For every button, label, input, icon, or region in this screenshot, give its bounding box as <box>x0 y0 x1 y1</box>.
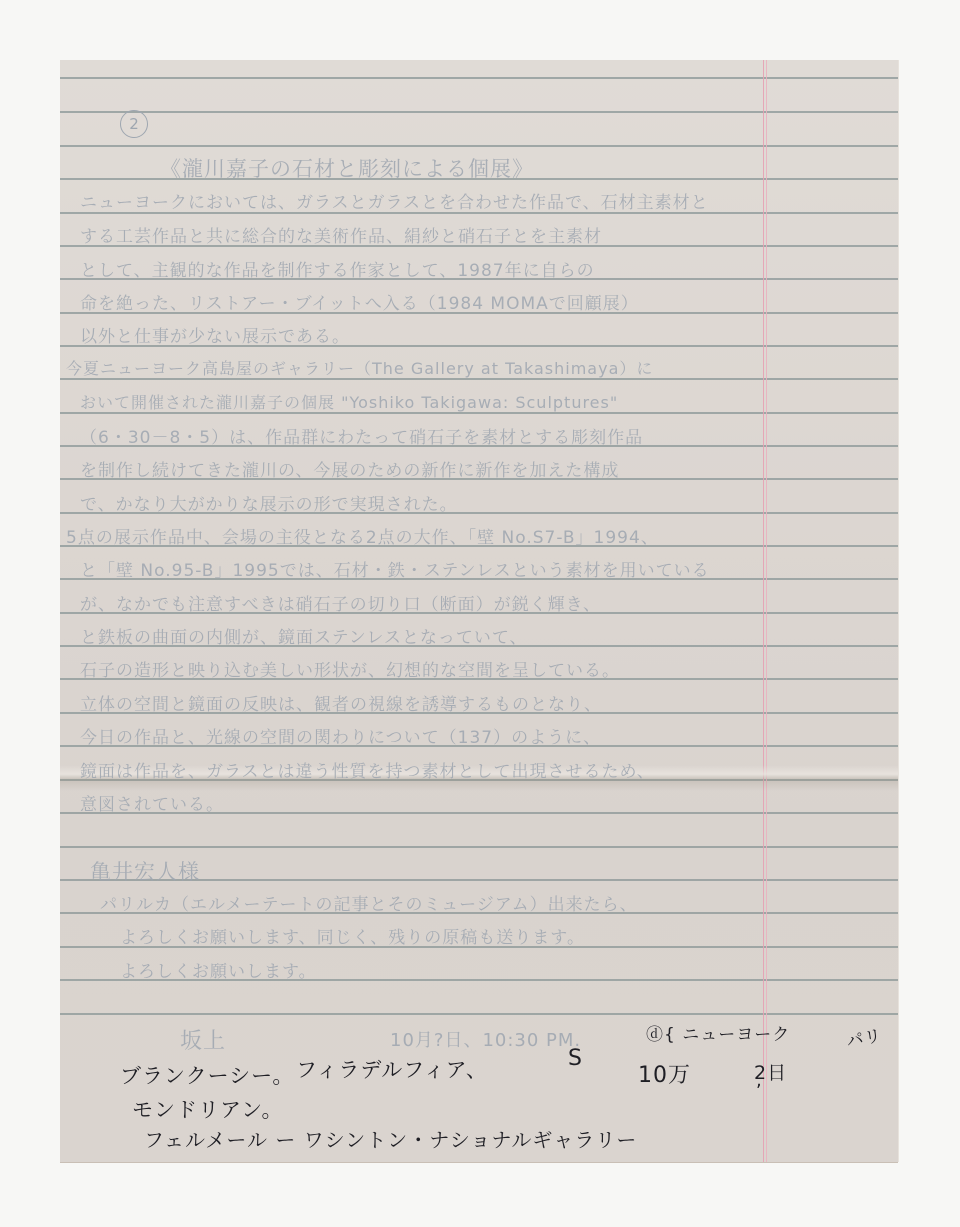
ink-note-paris: パリ <box>844 1021 884 1052</box>
faint-signature: 坂上 <box>180 1024 226 1055</box>
faint-closing-line: パリルカ（エルメーテートの記事とそのミュージアム）出来たら、 <box>100 890 638 915</box>
faint-line: を制作し続けてきた瀧川の、今展のための新作に新作を加えた構成 <box>80 456 619 481</box>
ink-note-amount: 10万 <box>638 1058 691 1089</box>
faint-line: として、主観的な作品を制作する作家として、1987年に自らの <box>80 256 595 281</box>
ink-note-mondrian: モンドリアン。 <box>132 1094 283 1124</box>
faint-line: と「壁 No.95-B」1995では、石材・鉄・ステンレスという素材を用いている <box>80 556 710 581</box>
red-margin-line <box>763 60 767 1162</box>
faint-line: 5点の展示作品中、会場の主役となる2点の大作、「壁 No.S7-B」1994、 <box>66 523 659 548</box>
lined-paper-sheet: 2 《瀧川嘉子の石材と彫刻による個展》 ニューヨークにおいては、ガラスとガラスと… <box>60 60 898 1162</box>
faint-line: と鉄板の曲面の内側が、鏡面ステンレスとなっていて、 <box>80 623 528 648</box>
faint-line: 今夏ニューヨーク高島屋のギャラリー（The Gallery at Takashi… <box>66 356 653 379</box>
faint-line: 意図されている。 <box>80 790 224 815</box>
ink-note-vermeer-washington: フェルメール ー ワシントン・ナショナルギャラリー <box>144 1124 637 1153</box>
faint-line: 立体の空間と鏡面の反映は、観者の視線を誘導するものとなり、 <box>80 690 602 715</box>
ink-note-destination: ⓓ{ ニューヨーク <box>646 1020 790 1045</box>
faint-line: おいて開催された瀧川嘉子の個展 "Yoshiko Takigawa: Sculp… <box>80 390 618 413</box>
ruled-line <box>60 111 898 113</box>
ink-note-brancusi: ブランクーシー。 <box>120 1060 294 1090</box>
faint-line: 石子の造形と映り込む美しい形状が、幻想的な空間を呈している。 <box>80 656 620 681</box>
ruled-line <box>60 145 898 147</box>
ink-note-comma: , <box>756 1070 763 1091</box>
faint-title: 《瀧川嘉子の石材と彫刻による個展》 <box>160 153 534 183</box>
page-number-circle: 2 <box>120 110 148 138</box>
faint-closing-line: よろしくお願いします。 <box>120 957 317 982</box>
faint-line: 命を絶った、リストアー・ブイットへ入る（1984 MOMAで回顧展） <box>80 289 639 314</box>
faint-line: で、かなり大がかりな展示の形で実現された。 <box>80 490 458 515</box>
ink-note-philadelphia: フィラデルフィア、 <box>296 1054 488 1084</box>
ruled-line <box>60 846 898 848</box>
faint-line: が、なかでも注意すべきは硝石子の切り口（断面）が鋭く輝き、 <box>80 590 601 615</box>
faint-addressee: 亀井宏人様 <box>90 856 200 886</box>
faint-line: （6・30－8・5）は、作品群にわたって硝石子を素材とする彫刻作品 <box>80 423 643 448</box>
faint-line: する工芸作品と共に総合的な美術作品、絹紗と硝石子とを主素材 <box>80 222 602 247</box>
faint-line: ニューヨークにおいては、ガラスとガラスとを合わせた作品で、石材主素材と <box>80 188 709 213</box>
faint-line: 鏡面は作品を、ガラスとは違う性質を持つ素材として出現させるため、 <box>80 757 655 782</box>
ruled-line <box>60 1013 898 1015</box>
ink-note-s-mark: S <box>568 1046 583 1071</box>
ruled-line <box>60 77 898 79</box>
faint-line: 今日の作品と、光線の空間の関わりについて（137）のように、 <box>80 723 601 748</box>
faint-line: 以外と仕事が少ない展示である。 <box>80 322 350 347</box>
faint-closing-line: よろしくお願いします、同じく、残りの原稿も送ります。 <box>120 923 585 948</box>
faint-date-line: 10月?日、10:30 PM. <box>390 1026 581 1052</box>
